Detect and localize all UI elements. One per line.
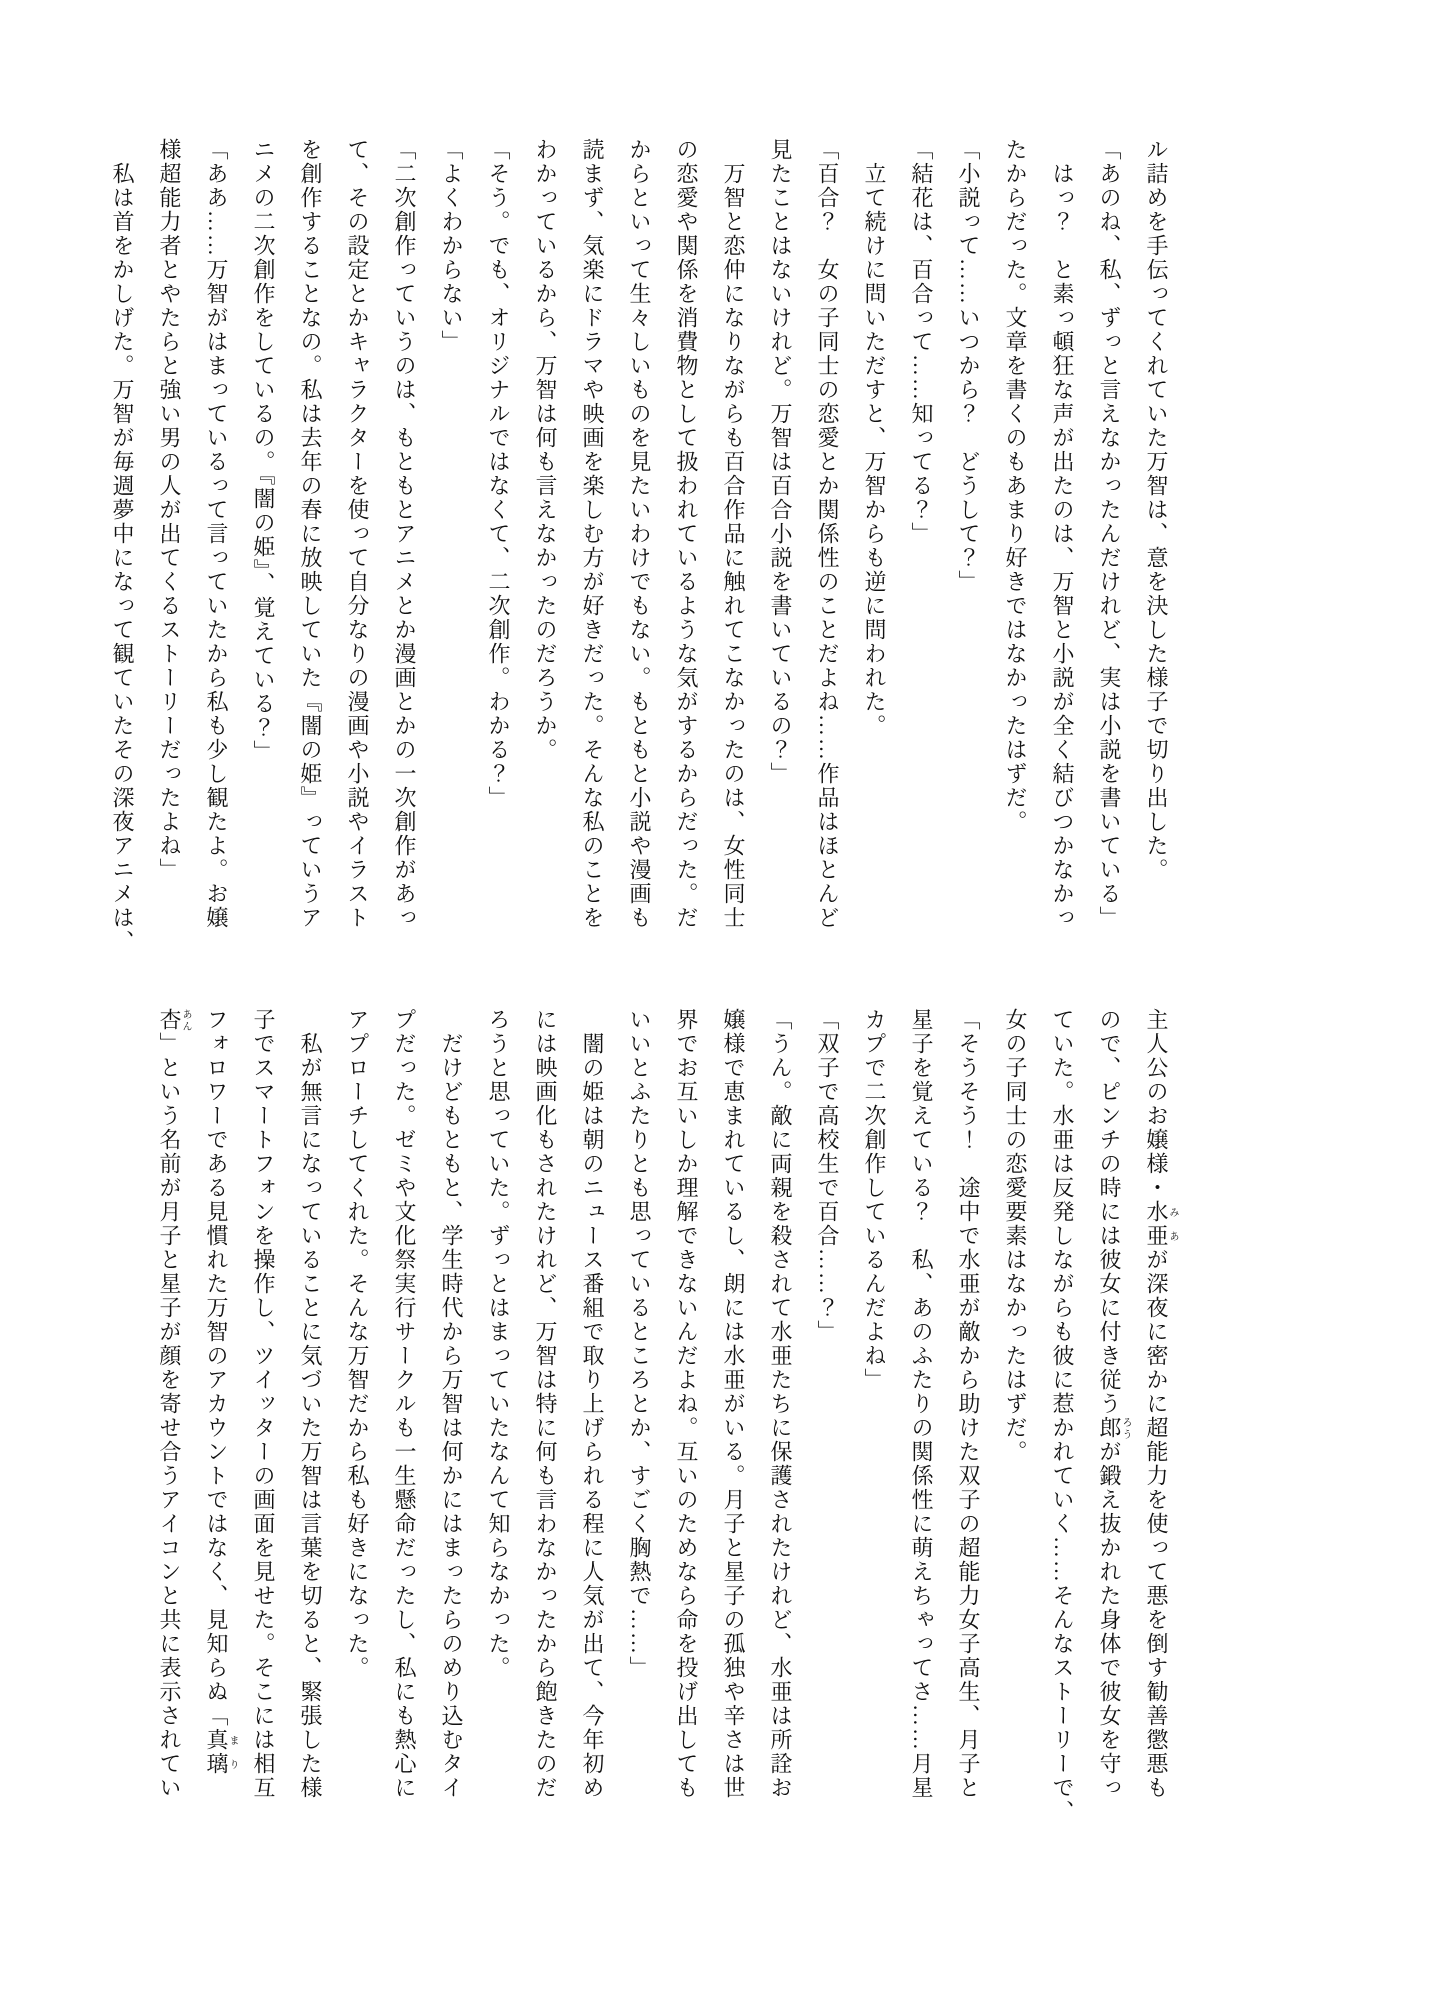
text-run: ニメの二次創作をしているの。『闇の姫』、覚えている？」 bbox=[251, 138, 276, 764]
text-column: て、その設定とかキャラクターを使って自分なりの漫画や小説やイラスト bbox=[334, 138, 381, 1023]
text-column: の恋愛や関係を消費物として扱われているような気がするからだった。だ bbox=[663, 138, 710, 1023]
text-column: には映画化もされたけれど、万智は特に何も言わなかったから飽きたのだ bbox=[522, 1008, 569, 1948]
page-bottom-block: 主人公のお嬢様・水亜みあが深夜に密かに超能力を使って悪を倒す勧善懲悪もので、ピン… bbox=[146, 1008, 1180, 1948]
text-run: 「そうそう！ 途中で水亜が敵から助けた双子の超能力女子高生、月子と bbox=[956, 1008, 981, 1800]
text-run: 「そう。でも、オリジナルではなくて、二次創作。わかる？」 bbox=[486, 138, 511, 810]
text-column: いいとふたりとも思っているところとか、すごく胸熱で……」 bbox=[616, 1008, 663, 1948]
text-run: が深夜に密かに超能力を使って悪を倒す勧善懲悪も bbox=[1144, 1248, 1169, 1800]
text-run: 「結花は、百合って……知ってる？」 bbox=[909, 138, 934, 546]
text-column: を創作することなの。私は去年の春に放映していた『闇の姫』っていうア bbox=[287, 138, 334, 1023]
text-run: 女の子同士の恋愛要素はなかったはずだ。 bbox=[1003, 1008, 1028, 1464]
furigana: みあ bbox=[1167, 1200, 1178, 1248]
text-column: 私は首をかしげた。万智が毎週夢中になって観ていたその深夜アニメは、 bbox=[99, 138, 146, 1023]
text-column: 万智と恋仲になりながらも百合作品に触れてこなかったのは、女性同士 bbox=[710, 138, 757, 1023]
text-run: を創作することなの。私は去年の春に放映していた『闇の姫』っていうア bbox=[298, 138, 323, 930]
text-run: いいとふたりとも思っているところとか、すごく胸熱で……」 bbox=[627, 1008, 652, 1680]
text-column: ので、ピンチの時には彼女に付き従う郎ろうが鍛え抜かれた身体で彼女を守っ bbox=[1086, 1008, 1133, 1948]
text-run: からといって生々しいものを見たいわけでもない。もともと小説や漫画も bbox=[627, 138, 652, 930]
text-run: 主人公のお嬢様・ bbox=[1144, 1008, 1169, 1200]
text-column: はっ？ と素っ頓狂な声が出たのは、万智と小説が全く結びつかなかっ bbox=[1039, 138, 1086, 1023]
text-column: 読まず、気楽にドラマや映画を楽しむ方が好きだった。そんな私のことを bbox=[569, 138, 616, 1023]
text-run: 「よくわからない」 bbox=[439, 138, 464, 354]
text-run: 「あのね、私、ずっと言えなかったんだけれど、実は小説を書いている」 bbox=[1097, 138, 1122, 930]
text-run: 「うん。敵に両親を殺されて水亜たちに保護されたけれど、水亜は所詮お bbox=[768, 1008, 793, 1800]
furigana: あん bbox=[180, 1008, 191, 1032]
text-run: フォロワーである見慣れた万智のアカウントではなく、見知らぬ「 bbox=[204, 1008, 229, 1728]
text-run: プだった。ゼミや文化祭実行サークルも一生懸命だったし、私にも熱心に bbox=[392, 1008, 417, 1800]
text-column: 「そう。でも、オリジナルではなくて、二次創作。わかる？」 bbox=[475, 138, 522, 1023]
text-run: 界でお互いしか理解できないんだよね。互いのためなら命を投げ出しても bbox=[674, 1008, 699, 1800]
text-column: 嬢様で恵まれているし、朗には水亜がいる。月子と星子の孤独や辛さは世 bbox=[710, 1008, 757, 1948]
text-column: 「うん。敵に両親を殺されて水亜たちに保護されたけれど、水亜は所詮お bbox=[757, 1008, 804, 1948]
text-column: 「そうそう！ 途中で水亜が敵から助けた双子の超能力女子高生、月子と bbox=[945, 1008, 992, 1948]
text-run: 私が無言になっていることに気づいた万智は言葉を切ると、緊張した様 bbox=[298, 1008, 323, 1800]
text-run: はっ？ と素っ頓狂な声が出たのは、万智と小説が全く結びつかなかっ bbox=[1050, 138, 1075, 930]
text-column: 立て続けに問いただすと、万智からも逆に問われた。 bbox=[851, 138, 898, 1023]
text-run: だけどもともと、学生時代から万智は何かにはまったらのめり込むタイ bbox=[439, 1008, 464, 1800]
text-run: ろうと思っていた。ずっとはまっていたなんて知らなかった。 bbox=[486, 1008, 511, 1680]
ruby-annotated-word: 杏あん bbox=[157, 1008, 182, 1032]
ruby-annotated-word: 水亜みあ bbox=[1144, 1200, 1169, 1248]
text-column: 私が無言になっていることに気づいた万智は言葉を切ると、緊張した様 bbox=[287, 1008, 334, 1948]
text-run: 」という名前が月子と星子が顔を寄せ合うアイコンと共に表示されてい bbox=[157, 1032, 182, 1800]
text-column: 杏あん」という名前が月子と星子が顔を寄せ合うアイコンと共に表示されてい bbox=[146, 1008, 193, 1948]
text-column: 「双子で高校生で百合……？」 bbox=[804, 1008, 851, 1948]
text-run: 万智と恋仲になりながらも百合作品に触れてこなかったのは、女性同士 bbox=[721, 138, 746, 930]
text-run: 「百合？ 女の子同士の恋愛とか関係性のことだよね……作品はほとんど bbox=[815, 138, 840, 930]
text-column: 「よくわからない」 bbox=[428, 138, 475, 1023]
text-column: 「小説って……いつから？ どうして？」 bbox=[945, 138, 992, 1023]
text-column: アプローチしてくれた。そんな万智だから私も好きになった。 bbox=[334, 1008, 381, 1948]
page-top-block: ル詰めを手伝ってくれていた万智は、意を決した様子で切り出した。「あのね、私、ずっ… bbox=[99, 138, 1180, 1023]
text-run: て、その設定とかキャラクターを使って自分なりの漫画や小説やイラスト bbox=[345, 138, 370, 930]
page: ル詰めを手伝ってくれていた万智は、意を決した様子で切り出した。「あのね、私、ずっ… bbox=[0, 0, 1430, 2000]
text-run: 読まず、気楽にドラマや映画を楽しむ方が好きだった。そんな私のことを bbox=[580, 138, 605, 930]
text-run: 嬢様で恵まれているし、朗には水亜がいる。月子と星子の孤独や辛さは世 bbox=[721, 1008, 746, 1800]
text-column: 界でお互いしか理解できないんだよね。互いのためなら命を投げ出しても bbox=[663, 1008, 710, 1948]
text-run: 「双子で高校生で百合……？」 bbox=[815, 1008, 840, 1344]
text-run: アプローチしてくれた。そんな万智だから私も好きになった。 bbox=[345, 1008, 370, 1680]
text-column: だけどもともと、学生時代から万智は何かにはまったらのめり込むタイ bbox=[428, 1008, 475, 1948]
text-column: わかっているから、万智は何も言えなかったのだろうか。 bbox=[522, 138, 569, 1023]
text-column: 主人公のお嬢様・水亜みあが深夜に密かに超能力を使って悪を倒す勧善懲悪も bbox=[1133, 1008, 1180, 1948]
text-run: 「二次創作っていうのは、もともとアニメとか漫画とかの一次創作があっ bbox=[392, 138, 417, 930]
text-column: たからだった。文章を書くのもあまり好きではなかったはずだ。 bbox=[992, 138, 1039, 1023]
text-column: 「ああ……万智がはまっているって言っていたから私も少し観たよ。お嬢 bbox=[193, 138, 240, 1023]
text-run: 星子を覚えている？ 私、あのふたりの関係性に萌えちゃってさ……月星 bbox=[909, 1008, 934, 1800]
text-column: ろうと思っていた。ずっとはまっていたなんて知らなかった。 bbox=[475, 1008, 522, 1948]
text-run: ので、ピンチの時には彼女に付き従う bbox=[1097, 1008, 1122, 1416]
text-column: 様超能力者とやたらと強い男の人が出てくるストーリーだったよね」 bbox=[146, 138, 193, 1023]
text-column: 闇の姫は朝のニュース番組で取り上げられる程に人気が出て、今年初め bbox=[569, 1008, 616, 1948]
text-column: ル詰めを手伝ってくれていた万智は、意を決した様子で切り出した。 bbox=[1133, 138, 1180, 1023]
text-run: 「小説って……いつから？ どうして？」 bbox=[956, 138, 981, 594]
text-run: が鍛え抜かれた身体で彼女を守っ bbox=[1097, 1440, 1122, 1800]
text-column: 女の子同士の恋愛要素はなかったはずだ。 bbox=[992, 1008, 1039, 1948]
text-run: 闇の姫は朝のニュース番組で取り上げられる程に人気が出て、今年初め bbox=[580, 1008, 605, 1800]
text-column: 星子を覚えている？ 私、あのふたりの関係性に萌えちゃってさ……月星 bbox=[898, 1008, 945, 1948]
text-column: 「結花は、百合って……知ってる？」 bbox=[898, 138, 945, 1023]
text-column: フォロワーである見慣れた万智のアカウントではなく、見知らぬ「真璃まり bbox=[193, 1008, 240, 1948]
text-run: 立て続けに問いただすと、万智からも逆に問われた。 bbox=[862, 138, 887, 738]
text-column: 見たことはないけれど。万智は百合小説を書いているの？」 bbox=[757, 138, 804, 1023]
text-column: カプで二次創作しているんだよね」 bbox=[851, 1008, 898, 1948]
text-run: 子でスマートフォンを操作し、ツイッターの画面を見せた。そこには相互 bbox=[251, 1008, 276, 1800]
furigana: まり bbox=[227, 1728, 238, 1776]
text-column: 子でスマートフォンを操作し、ツイッターの画面を見せた。そこには相互 bbox=[240, 1008, 287, 1948]
text-column: ていた。水亜は反発しながらも彼に惹かれていく……そんなストーリーで、 bbox=[1039, 1008, 1086, 1948]
furigana: ろう bbox=[1120, 1416, 1131, 1440]
text-run: 私は首をかしげた。万智が毎週夢中になって観ていたその深夜アニメは、 bbox=[110, 138, 135, 954]
text-run: の恋愛や関係を消費物として扱われているような気がするからだった。だ bbox=[674, 138, 699, 930]
text-run: たからだった。文章を書くのもあまり好きではなかったはずだ。 bbox=[1003, 138, 1028, 834]
ruby-annotated-word: 真璃まり bbox=[204, 1728, 229, 1776]
text-run: わかっているから、万智は何も言えなかったのだろうか。 bbox=[533, 138, 558, 762]
text-column: からといって生々しいものを見たいわけでもない。もともと小説や漫画も bbox=[616, 138, 663, 1023]
text-column: 「二次創作っていうのは、もともとアニメとか漫画とかの一次創作があっ bbox=[381, 138, 428, 1023]
text-run: カプで二次創作しているんだよね」 bbox=[862, 1008, 887, 1392]
text-run: ていた。水亜は反発しながらも彼に惹かれていく……そんなストーリーで、 bbox=[1050, 1008, 1075, 1824]
text-run: には映画化もされたけれど、万智は特に何も言わなかったから飽きたのだ bbox=[533, 1008, 558, 1800]
text-run: 「ああ……万智がはまっているって言っていたから私も少し観たよ。お嬢 bbox=[204, 138, 229, 930]
ruby-annotated-word: 郎ろう bbox=[1097, 1416, 1122, 1440]
text-column: 「あのね、私、ずっと言えなかったんだけれど、実は小説を書いている」 bbox=[1086, 138, 1133, 1023]
text-column: 「百合？ 女の子同士の恋愛とか関係性のことだよね……作品はほとんど bbox=[804, 138, 851, 1023]
text-run: ル詰めを手伝ってくれていた万智は、意を決した様子で切り出した。 bbox=[1144, 138, 1169, 882]
text-run: 見たことはないけれど。万智は百合小説を書いているの？」 bbox=[768, 138, 793, 786]
text-column: ニメの二次創作をしているの。『闇の姫』、覚えている？」 bbox=[240, 138, 287, 1023]
text-column: プだった。ゼミや文化祭実行サークルも一生懸命だったし、私にも熱心に bbox=[381, 1008, 428, 1948]
text-run: 様超能力者とやたらと強い男の人が出てくるストーリーだったよね」 bbox=[157, 138, 182, 882]
